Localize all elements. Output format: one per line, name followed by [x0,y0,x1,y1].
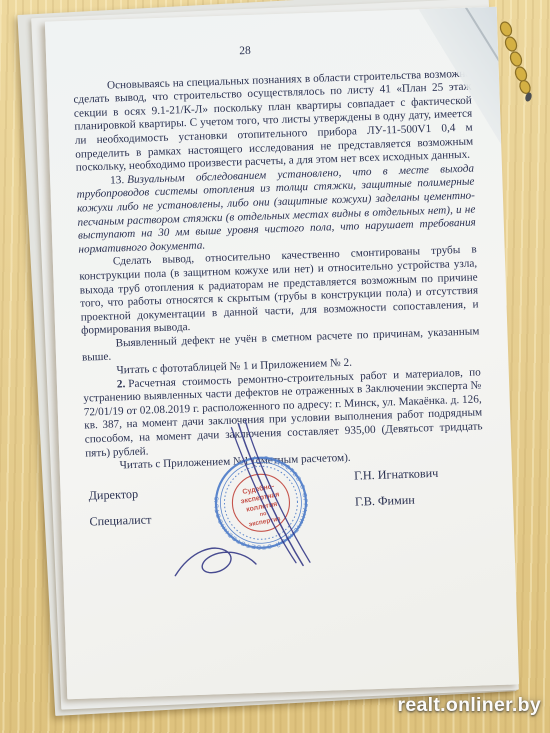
binding-cord-icon [492,20,538,112]
paragraph-basis-conclusion: Основываясь на специальных познаниях в о… [73,67,474,175]
signature-name-specialist: Г.В. Фимин [355,493,415,509]
document-page: 28 Основываясь на специальных познаниях … [45,7,519,700]
stamp-dotted-ring [223,465,298,540]
watermark: realt.onliner.by [397,694,541,717]
paragraph-2-cost-estimate: 2.Расчетная стоимость ремонтно-строитель… [83,366,483,461]
paragraph-make-conclusion: Сделать вывод, относительно качественно … [79,244,479,339]
page-number: 28 [46,38,444,65]
company-stamp: ОБЩЕСТВО С ОГРАНИЧЕННОЙ ОТВЕТСТВЕННОСТЬЮ… [211,453,310,552]
signature-title-director: Директор [88,488,138,503]
signature-title-specialist: Специалист [89,513,151,529]
stamp-inner-text: Судебно- экспертная коллегия по эксперти… [238,481,284,529]
photo-scene: 28 Основываясь на специальных познаниях … [0,0,550,733]
paragraph-13-visual-inspection: 13.Визуальным обследованием установлено,… [76,162,476,257]
signature-name-director: Г.Н. Игнаткович [354,467,439,483]
